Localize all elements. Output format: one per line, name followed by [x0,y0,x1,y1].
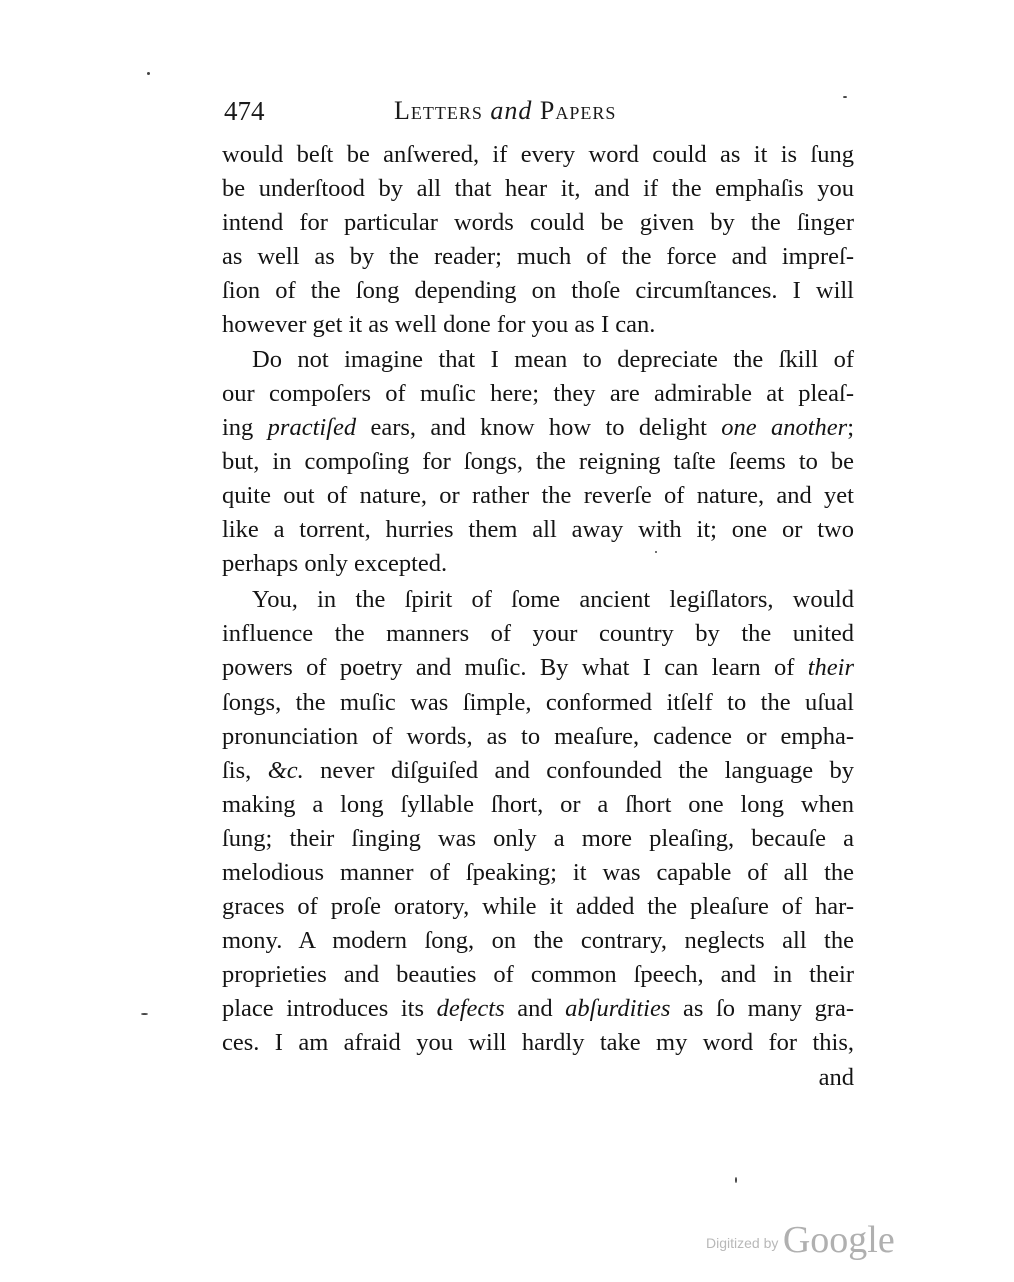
running-head-italic: and [490,96,532,125]
text-span: place introduces its [222,995,437,1022]
text-line: graces of proſe oratory, while it added … [222,890,854,924]
text-line: intend for particular words could be giv… [222,206,854,240]
text-line: but, in compoſing for ſongs, the reignin… [222,445,854,479]
text-line: ſion of the ſong depending on thoſe circ… [222,274,854,308]
text-span: ing [222,414,268,441]
text-line: would beſt be anſwered, if every word co… [222,138,854,172]
running-head-part3: Papers [532,96,616,125]
text-line: as well as by the reader; much of the fo… [222,240,854,274]
text-span: never diſguiſed and confounded the langu… [304,757,854,784]
text-span: ears, and know how to delight [356,414,721,441]
text-line: be underſtood by all that hear it, and i… [222,172,854,206]
text-line: ing practiſed ears, and know how to deli… [222,411,854,445]
running-head-part1: Letters [394,96,490,125]
catchword: and [222,1061,854,1095]
text-line: ſis, &c. never diſguiſed and confounded … [222,754,854,788]
book-page: 474 Letters and Papers would beſt be anſ… [0,0,1014,1282]
digitized-by-google-watermark: Digitized by Google [706,1218,895,1262]
text-line: melodious manner of ſpeaking; it was cap… [222,856,854,890]
text-line: powers of poetry and muſic. By what I ca… [222,651,854,685]
text-line: place introduces its defects and abſurdi… [222,992,854,1026]
text-line: proprieties and beauties of common ſpeec… [222,958,854,992]
italic-word: practiſed [268,414,356,441]
italic-word: their [808,654,854,681]
text-line: like a torrent, hurries them all away wi… [222,513,854,547]
text-span: ſis, [222,757,268,784]
text-line: our compoſers of muſic here; they are ad… [222,377,854,411]
scan-speck [843,96,847,98]
text-line: mony. A modern ſong, on the contrary, ne… [222,924,854,958]
italic-word: one another [721,414,847,441]
scan-speck [147,72,150,75]
text-line: ſung; their ſinging was only a more plea… [222,822,854,856]
body-text: would beſt be anſwered, if every word co… [222,138,854,1095]
page-header: 474 Letters and Papers [224,92,854,132]
google-logo-text: Google [783,1219,895,1261]
scan-speck [735,1177,737,1183]
text-line: ces. I am afraid you will hardly take my… [222,1026,854,1060]
text-line: pronunciation of words, as to meaſure, c… [222,720,854,754]
text-line-paragraph-end: however get it as well done for you as I… [222,308,854,342]
running-head: Letters and Papers [394,96,616,126]
scan-speck [141,1013,148,1015]
text-span: and [505,995,566,1022]
page-number: 474 [224,96,265,127]
text-line-paragraph-start: Do not imagine that I mean to depreciate… [222,343,854,377]
italic-word: abſurdities [565,995,670,1022]
text-span: as ſo many gra- [670,995,854,1022]
text-line-paragraph-start: You, in the ſpirit of ſome ancient legiſ… [222,583,854,617]
text-span: ; [847,414,854,441]
italic-word: defects [437,995,505,1022]
italic-word: &c. [268,757,304,784]
text-line: ſongs, the muſic was ſimple, conformed i… [222,686,854,720]
text-line-paragraph-end: perhaps only excepted. [222,547,854,581]
watermark-prefix: Digitized by [706,1235,778,1251]
text-span: powers of poetry and muſic. By what I ca… [222,654,808,681]
text-line: making a long ſyllable ſhort, or a ſhort… [222,788,854,822]
text-line: quite out of nature, or rather the rever… [222,479,854,513]
text-line: influence the manners of your country by… [222,617,854,651]
scan-speck [655,551,657,553]
